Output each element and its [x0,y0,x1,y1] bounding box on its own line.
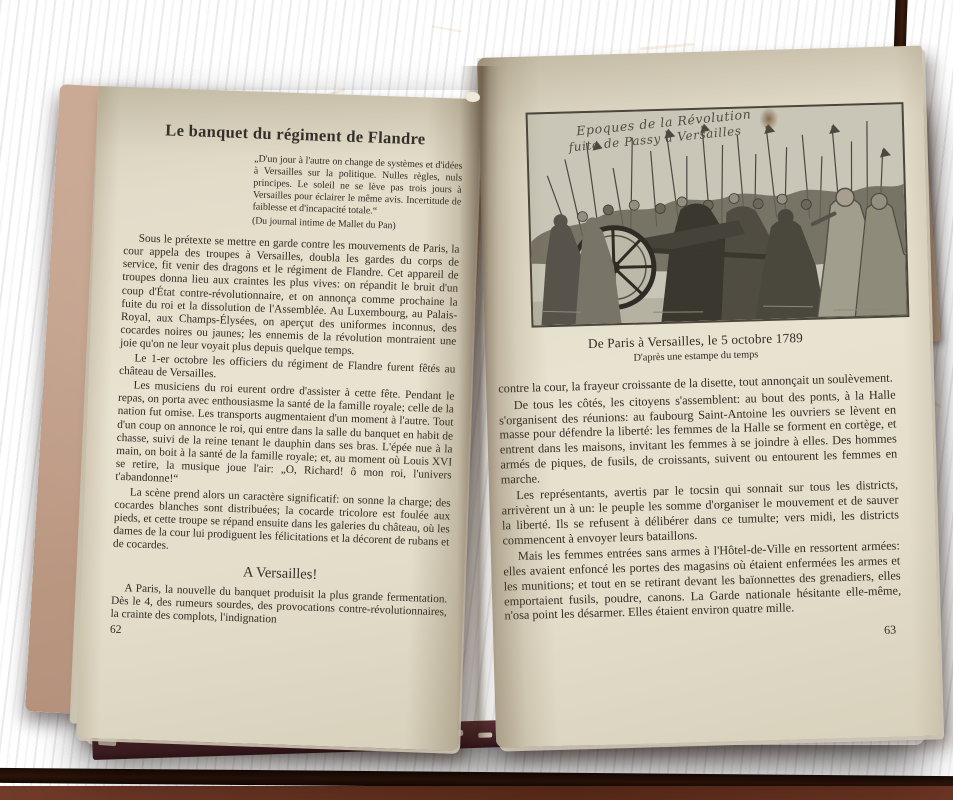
right-page-text-block: Epoques de la Révolution fuite de Passy … [477,46,941,748]
paragraph: Les représentants, avertis par le tocsin… [501,478,899,548]
paper-stain [760,108,779,130]
paragraph: De tous les côtés, les citoyens s'assemb… [499,387,898,487]
paragraph: La scène prend alors un caractère signif… [113,485,451,563]
page-number-right: 63 [505,623,896,649]
plank-bottom-strip [0,786,953,800]
cover-scuff [478,732,492,737]
paragraph: Les musiciens du roi eurent ordre d'assi… [115,379,454,496]
engraving-illustration: Epoques de la Révolution fuite de Passy … [526,102,910,327]
paragraph: Mais les femmes entrées sans armes à l'H… [503,539,902,624]
chapter-title: Le banquet du régiment de Flandre [127,119,463,151]
left-page[interactable]: Le banquet du régiment de Flandre „D'un … [76,86,481,751]
left-page-text-block: Le banquet du régiment de Flandre „D'un … [76,86,481,751]
photo-of-open-book: { "book": { "left_page": { "title": "Le … [0,0,953,800]
right-page[interactable]: Epoques de la Révolution fuite de Passy … [477,46,941,748]
cover-scuff [98,738,116,746]
paragraph: Sous le prétexte se mettre en garde cont… [120,232,460,362]
gutter-paper-chip [466,92,480,102]
epigraph-quote: „D'un jour à l'autre on change de systèm… [252,153,462,220]
